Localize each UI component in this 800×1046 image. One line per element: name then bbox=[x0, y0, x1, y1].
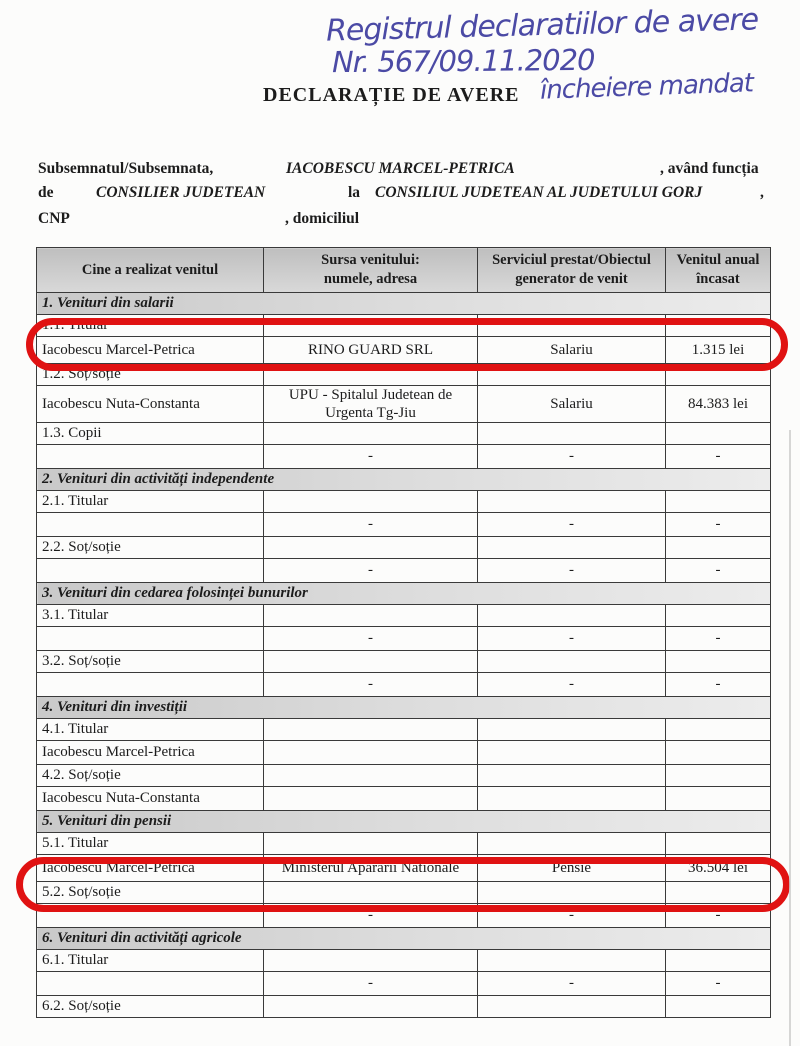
table-cell: 1.2. Soț/soție bbox=[37, 364, 264, 386]
column-header: Venitul anualîncasat bbox=[666, 248, 771, 293]
table-cell bbox=[666, 605, 771, 627]
table-cell bbox=[264, 651, 478, 673]
table-cell bbox=[264, 423, 478, 445]
table-cell: - bbox=[666, 627, 771, 651]
table-row: --- bbox=[37, 445, 771, 469]
section-title: 3. Venituri din cedarea folosinței bunur… bbox=[37, 583, 771, 605]
declarant-position: CONSILIER JUDETEAN bbox=[96, 184, 265, 202]
table-cell: 6.1. Titular bbox=[37, 950, 264, 972]
table-cell: - bbox=[478, 673, 666, 697]
table-row: 2.1. Titular bbox=[37, 491, 771, 513]
table-cell: - bbox=[666, 972, 771, 996]
table-cell bbox=[666, 882, 771, 904]
table-cell bbox=[478, 996, 666, 1018]
table-cell bbox=[264, 537, 478, 559]
income-table-body: 1. Venituri din salarii1.1. TitularIacob… bbox=[37, 293, 771, 1018]
table-cell bbox=[478, 423, 666, 445]
table-cell bbox=[264, 882, 478, 904]
domicile-label: , domiciliul bbox=[285, 210, 359, 228]
section-title: 2. Venituri din activități independente bbox=[37, 469, 771, 491]
table-cell bbox=[264, 315, 478, 337]
table-cell: UPU - Spitalul Judetean de Urgenta Tg-Ji… bbox=[264, 386, 478, 423]
table-row: Iacobescu Marcel-PetricaMinisterul Apara… bbox=[37, 855, 771, 882]
table-row: --- bbox=[37, 559, 771, 583]
table-cell: Iacobescu Nuta-Constanta bbox=[37, 787, 264, 811]
table-cell: - bbox=[478, 627, 666, 651]
table-cell bbox=[264, 364, 478, 386]
table-row: 4.1. Titular bbox=[37, 719, 771, 741]
table-cell: - bbox=[264, 445, 478, 469]
table-cell bbox=[37, 513, 264, 537]
table-cell bbox=[478, 537, 666, 559]
table-cell bbox=[37, 627, 264, 651]
table-cell bbox=[666, 364, 771, 386]
table-cell bbox=[478, 719, 666, 741]
intro-de: de bbox=[38, 184, 54, 202]
table-row: 1.3. Copii bbox=[37, 423, 771, 445]
intro-paragraph: Subsemnatul/Subsemnata, IACOBESCU MARCEL… bbox=[38, 158, 783, 228]
table-cell: Salariu bbox=[478, 337, 666, 364]
table-cell bbox=[478, 315, 666, 337]
table-row: --- bbox=[37, 513, 771, 537]
table-cell bbox=[478, 833, 666, 855]
section-row: 6. Venituri din activități agricole bbox=[37, 928, 771, 950]
table-cell bbox=[666, 423, 771, 445]
table-row: Iacobescu Marcel-Petrica bbox=[37, 741, 771, 765]
table-cell: RINO GUARD SRL bbox=[264, 337, 478, 364]
table-cell: 2.2. Soț/soție bbox=[37, 537, 264, 559]
column-header: Sursa venitului:numele, adresa bbox=[264, 248, 478, 293]
table-cell: Iacobescu Marcel-Petrica bbox=[37, 855, 264, 882]
table-cell bbox=[264, 833, 478, 855]
table-cell bbox=[478, 605, 666, 627]
table-cell: 6.2. Soț/soție bbox=[37, 996, 264, 1018]
table-cell bbox=[478, 364, 666, 386]
table-cell: 36.504 lei bbox=[666, 855, 771, 882]
table-cell: 5.1. Titular bbox=[37, 833, 264, 855]
table-row: 5.1. Titular bbox=[37, 833, 771, 855]
table-cell: - bbox=[666, 673, 771, 697]
table-cell bbox=[666, 719, 771, 741]
table-cell: - bbox=[478, 904, 666, 928]
table-cell bbox=[264, 996, 478, 1018]
table-row: 6.1. Titular bbox=[37, 950, 771, 972]
table-cell: Pensie bbox=[478, 855, 666, 882]
intro-la: la bbox=[348, 184, 360, 202]
table-cell bbox=[478, 741, 666, 765]
section-title: 1. Venituri din salarii bbox=[37, 293, 771, 315]
section-row: 4. Venituri din investiții bbox=[37, 697, 771, 719]
table-cell: Salariu bbox=[478, 386, 666, 423]
table-cell: - bbox=[478, 445, 666, 469]
table-cell: - bbox=[666, 445, 771, 469]
table-row: --- bbox=[37, 627, 771, 651]
table-cell: - bbox=[264, 513, 478, 537]
table-row: --- bbox=[37, 904, 771, 928]
table-cell: - bbox=[264, 673, 478, 697]
table-cell bbox=[666, 537, 771, 559]
document-page: Registrul declaratiilor de avere Nr. 567… bbox=[0, 0, 800, 1046]
table-cell: 4.1. Titular bbox=[37, 719, 264, 741]
table-row: 4.2. Soț/soție bbox=[37, 765, 771, 787]
table-cell: Ministerul Apararii Nationale bbox=[264, 855, 478, 882]
table-row: 6.2. Soț/soție bbox=[37, 996, 771, 1018]
table-cell: 1.3. Copii bbox=[37, 423, 264, 445]
table-cell bbox=[37, 559, 264, 583]
table-cell bbox=[264, 765, 478, 787]
table-cell bbox=[264, 787, 478, 811]
table-cell: - bbox=[666, 513, 771, 537]
table-cell: - bbox=[478, 513, 666, 537]
section-row: 5. Venituri din pensii bbox=[37, 811, 771, 833]
table-cell bbox=[666, 833, 771, 855]
handwritten-registry-number: Nr. 567/09.11.2020 bbox=[332, 43, 595, 79]
table-row: --- bbox=[37, 972, 771, 996]
table-cell bbox=[37, 904, 264, 928]
intro-function-text: , având funcția bbox=[660, 160, 759, 178]
document-title: DECLARAȚIE DE AVERE bbox=[263, 84, 519, 107]
table-row: Iacobescu Marcel-PetricaRINO GUARD SRLSa… bbox=[37, 337, 771, 364]
table-row: 1.1. Titular bbox=[37, 315, 771, 337]
table-cell: - bbox=[264, 559, 478, 583]
table-cell bbox=[478, 950, 666, 972]
table-cell bbox=[478, 651, 666, 673]
table-cell bbox=[666, 787, 771, 811]
table-cell: 3.1. Titular bbox=[37, 605, 264, 627]
table-cell bbox=[264, 605, 478, 627]
table-cell bbox=[37, 673, 264, 697]
table-cell bbox=[478, 765, 666, 787]
table-cell bbox=[666, 651, 771, 673]
table-cell: Iacobescu Marcel-Petrica bbox=[37, 337, 264, 364]
table-cell: - bbox=[666, 904, 771, 928]
table-cell bbox=[264, 741, 478, 765]
column-header: Cine a realizat venitul bbox=[37, 248, 264, 293]
handwritten-mandate-note: încheiere mandat bbox=[540, 68, 754, 105]
table-cell bbox=[264, 719, 478, 741]
table-row: 5.2. Soț/soție bbox=[37, 882, 771, 904]
table-cell bbox=[478, 787, 666, 811]
table-cell: 2.1. Titular bbox=[37, 491, 264, 513]
table-row: 2.2. Soț/soție bbox=[37, 537, 771, 559]
section-row: 2. Venituri din activități independente bbox=[37, 469, 771, 491]
cnp-label: CNP bbox=[38, 210, 70, 228]
table-cell bbox=[264, 950, 478, 972]
table-cell: 4.2. Soț/soție bbox=[37, 765, 264, 787]
intro-comma: , bbox=[760, 184, 764, 202]
handwritten-registry-line: Registrul declaratiilor de avere bbox=[326, 2, 759, 48]
table-cell: 84.383 lei bbox=[666, 386, 771, 423]
section-title: 4. Venituri din investiții bbox=[37, 697, 771, 719]
table-cell bbox=[666, 491, 771, 513]
section-title: 6. Venituri din activități agricole bbox=[37, 928, 771, 950]
income-table-head-row: Cine a realizat venitulSursa venitului:n… bbox=[37, 248, 771, 293]
table-cell: - bbox=[478, 559, 666, 583]
table-cell: - bbox=[666, 559, 771, 583]
intro-prefix: Subsemnatul/Subsemnata, bbox=[38, 160, 213, 178]
table-cell bbox=[37, 445, 264, 469]
table-cell: 5.2. Soț/soție bbox=[37, 882, 264, 904]
table-cell bbox=[264, 491, 478, 513]
table-row: 1.2. Soț/soție bbox=[37, 364, 771, 386]
table-cell: Iacobescu Marcel-Petrica bbox=[37, 741, 264, 765]
table-cell bbox=[37, 972, 264, 996]
table-row: 3.1. Titular bbox=[37, 605, 771, 627]
table-row: Iacobescu Nuta-Constanta bbox=[37, 787, 771, 811]
table-cell: 1.1. Titular bbox=[37, 315, 264, 337]
declarant-name: IACOBESCU MARCEL-PETRICA bbox=[286, 160, 515, 178]
income-table: Cine a realizat venitulSursa venitului:n… bbox=[36, 247, 771, 1018]
table-cell bbox=[478, 491, 666, 513]
section-row: 3. Venituri din cedarea folosinței bunur… bbox=[37, 583, 771, 605]
table-cell: - bbox=[264, 972, 478, 996]
scan-edge-shadow bbox=[789, 430, 791, 1046]
table-cell bbox=[666, 950, 771, 972]
table-cell: 3.2. Soț/soție bbox=[37, 651, 264, 673]
section-row: 1. Venituri din salarii bbox=[37, 293, 771, 315]
table-cell bbox=[666, 741, 771, 765]
table-row: 3.2. Soț/soție bbox=[37, 651, 771, 673]
table-row: --- bbox=[37, 673, 771, 697]
table-cell: - bbox=[264, 627, 478, 651]
table-row: Iacobescu Nuta-ConstantaUPU - Spitalul J… bbox=[37, 386, 771, 423]
table-cell bbox=[478, 882, 666, 904]
table-cell: 1.315 lei bbox=[666, 337, 771, 364]
table-cell bbox=[666, 996, 771, 1018]
table-cell: - bbox=[478, 972, 666, 996]
section-title: 5. Venituri din pensii bbox=[37, 811, 771, 833]
table-cell bbox=[666, 765, 771, 787]
table-cell bbox=[666, 315, 771, 337]
table-cell: Iacobescu Nuta-Constanta bbox=[37, 386, 264, 423]
column-header: Serviciul prestat/Obiectulgenerator de v… bbox=[478, 248, 666, 293]
table-cell: - bbox=[264, 904, 478, 928]
institution-name: CONSILIUL JUDETEAN AL JUDETULUI GORJ bbox=[375, 184, 702, 202]
